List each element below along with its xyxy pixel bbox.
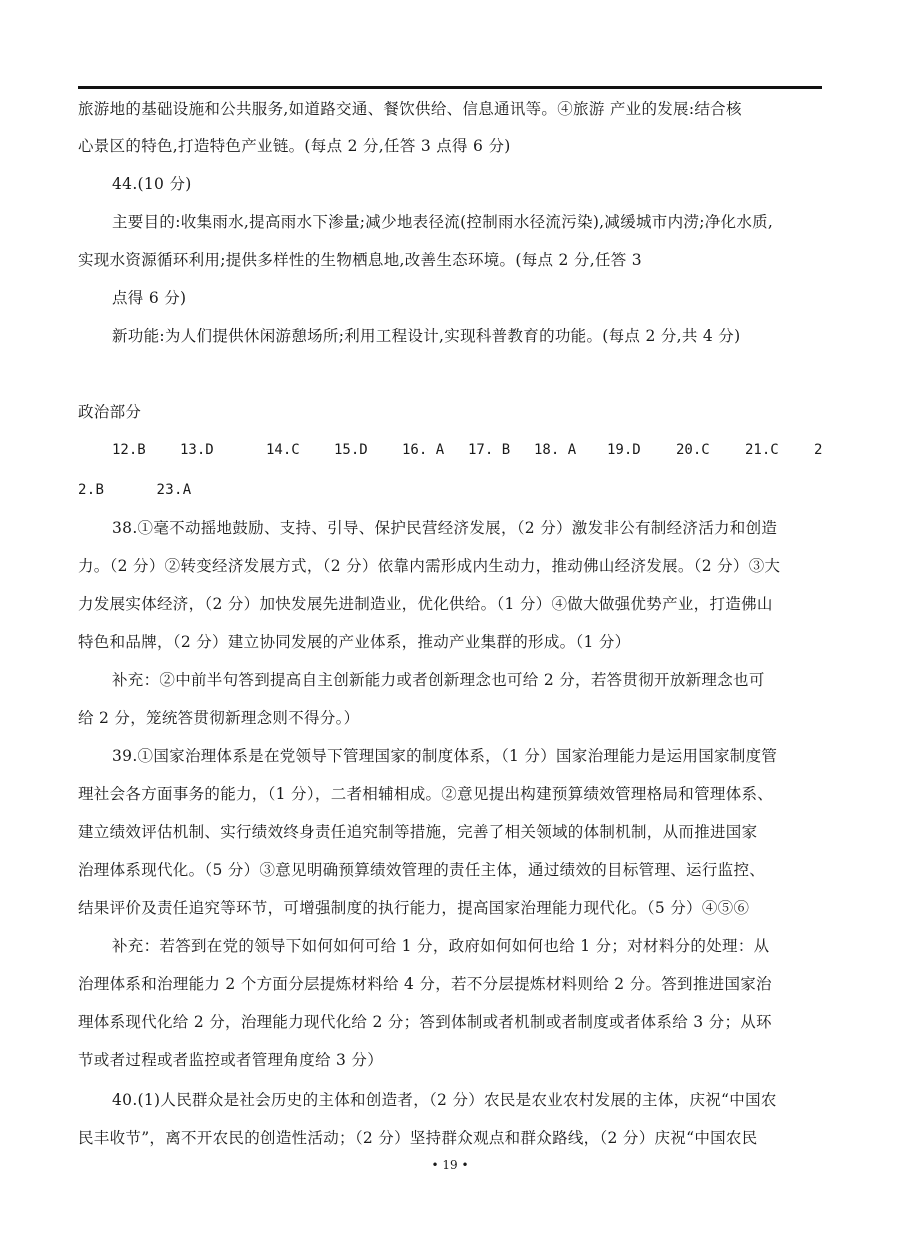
- q38-supplement-line: 补充：②中前半句答到提高自主创新能力或者创新理念也可给 2 分，若答贯彻开放新理…: [112, 670, 822, 690]
- q44-function-line: 新功能:为人们提供休闲游憩场所;利用工程设计,实现科普教育的功能。(每点 2 分…: [112, 326, 822, 346]
- mc-answer: 15.D: [334, 442, 368, 458]
- q39-answer-line: 39.①国家治理体系是在党领导下管理国家的制度体系，（1 分）国家治理能力是运用…: [112, 746, 822, 766]
- q38-answer-line: 特色和品牌，（2 分）建立协同发展的产业体系，推动产业集群的形成。（1 分）: [78, 632, 822, 652]
- mc-answers-wrap: 2.B 23.A: [78, 480, 822, 500]
- question-44-title: 44.(10 分): [112, 174, 822, 194]
- politics-section-title: 政治部分: [78, 402, 822, 422]
- mc-answer: 13.D: [180, 442, 214, 458]
- q44-answer-line: 点得 6 分): [112, 288, 822, 308]
- mc-answer: 16. A: [402, 442, 444, 458]
- mc-answer: 12.B: [112, 442, 146, 458]
- mc-answer: 14.C: [266, 442, 300, 458]
- q44-answer-line: 实现水资源循环利用;提供多样性的生物栖息地,改善生态环境。(每点 2 分,任答 …: [78, 250, 822, 270]
- q39-supplement-line: 理体系现代化给 2 分，治理能力现代化给 2 分；答到体制或者机制或者制度或者体…: [78, 1012, 822, 1032]
- q39-answer-line: 结果评价及责任追究等环节，可增强制度的执行能力，提高国家治理能力现代化。（5 分…: [78, 898, 822, 918]
- mc-answer: 20.C: [676, 442, 710, 458]
- page-number: • 19 •: [0, 1158, 900, 1172]
- q38-answer-line: 力。（2 分）②转变经济发展方式，（2 分）依靠内需形成内生动力，推动佛山经济发…: [78, 556, 822, 576]
- geo-answer-line: 旅游地的基础设施和公共服务,如道路交通、餐饮供给、信息通讯等。④旅游 产业的发展…: [78, 99, 822, 119]
- q39-supplement-line: 治理体系和治理能力 2 个方面分层提炼材料给 4 分，若不分层提炼材料则给 2 …: [78, 974, 822, 994]
- mc-answer: 18. A: [534, 442, 576, 458]
- q39-supplement-line: 节或者过程或者监控或者管理角度给 3 分）: [78, 1050, 822, 1070]
- q38-answer-line: 38.①毫不动摇地鼓励、支持、引导、保护民营经济发展，（2 分）激发非公有制经济…: [112, 518, 822, 538]
- mc-answer: 21.C: [745, 442, 779, 458]
- q38-supplement-line: 给 2 分，笼统答贯彻新理念则不得分。）: [78, 708, 822, 728]
- q40-answer-line: 40.(1)人民群众是社会历史的主体和创造者，（2 分）农民是农业农村发展的主体…: [112, 1090, 822, 1110]
- q44-answer-line: 主要目的:收集雨水,提高雨水下渗量;减少地表径流(控制雨水径流污染),减缓城市内…: [112, 212, 822, 232]
- geo-answer-line: 心景区的特色,打造特色产业链。(每点 2 分,任答 3 点得 6 分): [78, 136, 822, 156]
- mc-answer: 17. B: [468, 442, 510, 458]
- q39-answer-line: 建立绩效评估机制、实行绩效终身责任追究制等措施，完善了相关领域的体制机制，从而推…: [78, 822, 822, 842]
- q39-answer-line: 治理体系现代化。（5 分）③意见明确预算绩效管理的责任主体，通过绩效的目标管理、…: [78, 860, 822, 880]
- header-rule: [78, 86, 822, 89]
- mc-answer: 19.D: [607, 442, 641, 458]
- q39-answer-line: 理社会各方面事务的能力，（1 分），二者相辅相成。②意见提出构建预算绩效管理格局…: [78, 784, 822, 804]
- q39-supplement-line: 补充：若答到在党的领导下如何如何可给 1 分，政府如何如何也给 1 分；对材料分…: [112, 936, 822, 956]
- mc-answer: 2: [814, 442, 822, 458]
- q38-answer-line: 力发展实体经济，（2 分）加快发展先进制造业，优化供给。（1 分）④做大做强优势…: [78, 594, 822, 614]
- q40-answer-line: 民丰收节”，离不开农民的创造性活动；（2 分）坚持群众观点和群众路线，（2 分）…: [78, 1128, 822, 1148]
- multiple-choice-answers: 12.B 13.D 14.C 15.D 16. A 17. B 18. A 19…: [112, 442, 832, 462]
